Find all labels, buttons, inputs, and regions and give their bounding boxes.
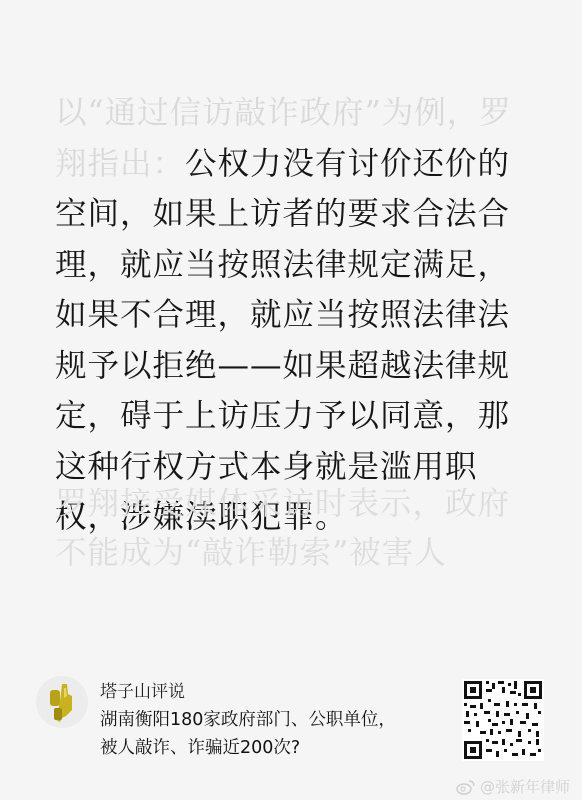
faded-paragraph-text: 罗翔接受媒体采访时表示，政府不能成为“敲诈勒索”被害人: [55, 480, 535, 578]
quote-paragraph: 以“通过信访敲诈政府”为例，罗翔指出：公权力没有讨价还价的空间，如果上访者的要求…: [55, 88, 535, 543]
author-avatar[interactable]: [36, 676, 88, 728]
article-headline[interactable]: 湖南衡阳180家政府部门、公职单位，被人敲诈、诈骗近200次?: [100, 706, 410, 762]
author-name[interactable]: 塔子山评说: [100, 680, 410, 704]
qr-code-icon[interactable]: [462, 679, 544, 761]
weibo-icon: [456, 779, 476, 795]
golden-thumbs-up-icon: [42, 680, 82, 724]
quote-card: 以“通过信访敲诈政府”为例，罗翔指出：公权力没有讨价还价的空间，如果上访者的要求…: [0, 0, 582, 800]
source-meta: 塔子山评说 湖南衡阳180家政府部门、公职单位，被人敲诈、诈骗近200次?: [100, 680, 410, 762]
quote-body-text: 公权力没有讨价还价的空间，如果上访者的要求合法合理，就应当按照法律规定满足，如果…: [55, 146, 510, 536]
faded-paragraph: 罗翔接受媒体采访时表示，政府不能成为“敲诈勒索”被害人: [55, 480, 535, 578]
weibo-watermark: @张新年律师: [456, 776, 570, 797]
watermark-text: @张新年律师: [480, 776, 570, 797]
